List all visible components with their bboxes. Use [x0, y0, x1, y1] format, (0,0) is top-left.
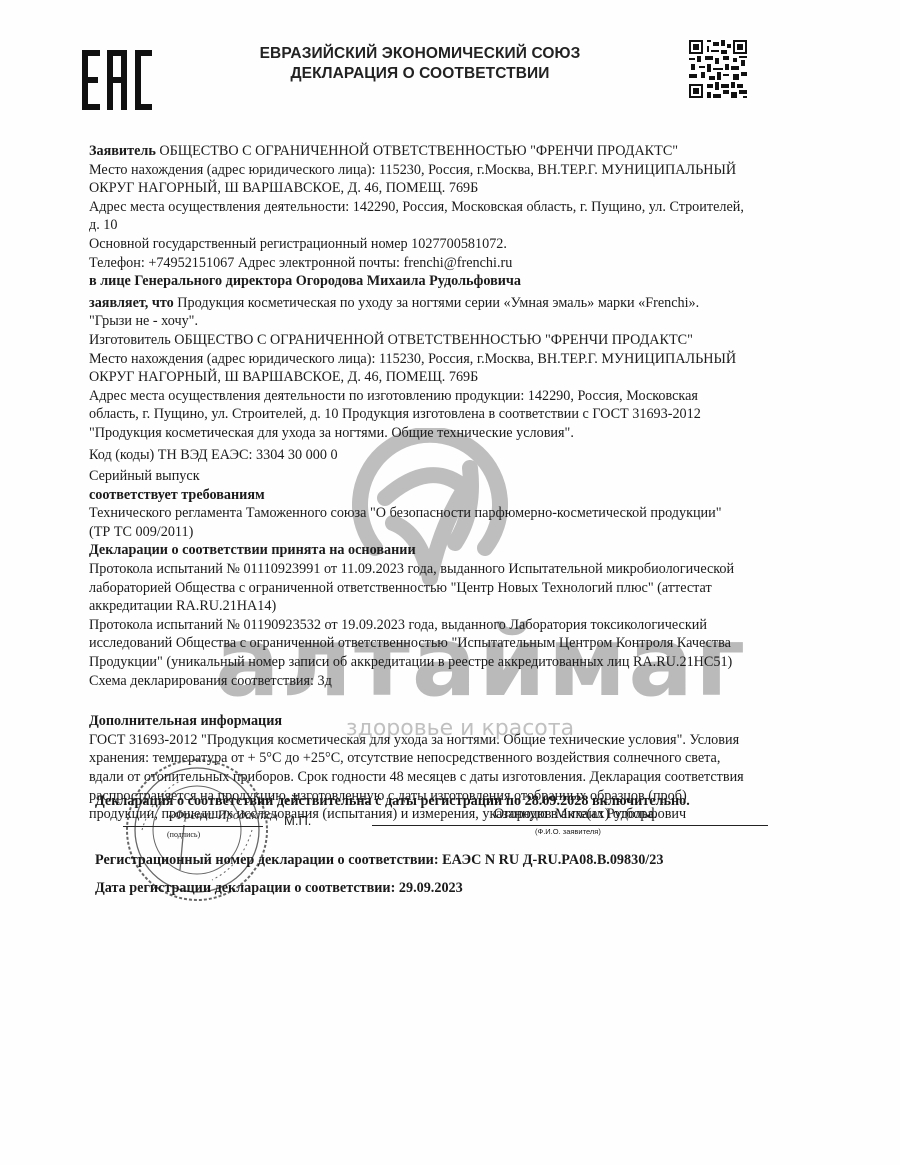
additional-info-1: ГОСТ 31693-2012 "Продукция косметическая…: [89, 731, 769, 750]
qr-code-icon: [689, 40, 747, 98]
registration-date: Дата регистрации декларации о соответств…: [95, 880, 463, 897]
tnved-code: Код (коды) ТН ВЭД ЕАЭС: 3304 30 000 0: [89, 446, 769, 465]
manufacturer: Изготовитель ОБЩЕСТВО С ОГРАНИЧЕННОЙ ОТВ…: [89, 331, 769, 350]
declaration-scheme: Схема декларирования соответствия: 3д: [89, 672, 769, 691]
additional-info-title: Дополнительная информация: [89, 712, 769, 731]
product-name: Продукция косметическая по уходу за ногт…: [174, 295, 699, 311]
production-address-2: область, г. Пущино, ул. Строителей, д. 1…: [89, 405, 769, 424]
applicant-label: Заявитель: [89, 143, 156, 159]
signer-caption: (Ф.И.О. заявителя): [535, 827, 601, 836]
title-declaration: ДЕКЛАРАЦИЯ О СООТВЕТСТВИИ: [200, 64, 640, 84]
production-standard: "Продукция косметическая для ухода за но…: [89, 424, 769, 443]
contacts: Телефон: +74952151067 Адрес электронной …: [89, 254, 769, 273]
product-line-1: заявляет, что Продукция косметическая по…: [89, 294, 769, 313]
signature-line: [123, 826, 263, 827]
declaration-body: Заявитель ОБЩЕСТВО С ОГРАНИЧЕННОЙ ОТВЕТС…: [89, 142, 769, 824]
production-address-1: Адрес места осуществления деятельности п…: [89, 387, 769, 406]
protocol-2-line-2: исследований Общества с ограниченной отв…: [89, 634, 769, 653]
represented-by: в лице Генерального директора Огородова …: [89, 272, 769, 291]
declares-label: заявляет, что: [89, 295, 174, 311]
manufacturer-address-1: Место нахождения (адрес юридического лиц…: [89, 350, 769, 369]
stamp-label: М.П.: [284, 813, 311, 828]
declaration-page: ЕВРАЗИЙСКИЙ ЭКОНОМИЧЕСКИЙ СОЮЗ ДЕКЛАРАЦИ…: [0, 0, 900, 1165]
release-type: Серийный выпуск: [89, 467, 769, 486]
signature-caption: (подпись): [167, 830, 200, 839]
product-line-2: "Грызи не - хочу".: [89, 312, 769, 331]
protocol-1-line-2: лабораторией Общества с ограниченной отв…: [89, 579, 769, 598]
seal-company-name: «Френчи Продактс»: [168, 808, 278, 823]
applicant-address-1: Место нахождения (адрес юридического лиц…: [89, 161, 769, 180]
applicant-line: Заявитель ОБЩЕСТВО С ОГРАНИЧЕННОЙ ОТВЕТС…: [89, 142, 769, 161]
activity-address-2: д. 10: [89, 216, 769, 235]
registration-number: Регистрационный номер декларации о соотв…: [95, 852, 663, 869]
title-union: ЕВРАЗИЙСКИЙ ЭКОНОМИЧЕСКИЙ СОЮЗ: [200, 44, 640, 64]
applicant-address-2: ОКРУГ НАГОРНЫЙ, Ш ВАРШАВСКОЕ, Д. 46, ПОМ…: [89, 179, 769, 198]
regulation-1: Технического регламента Таможенного союз…: [89, 504, 769, 523]
manufacturer-address-2: ОКРУГ НАГОРНЫЙ, Ш ВАРШАВСКОЕ, Д. 46, ПОМ…: [89, 368, 769, 387]
regulation-2: (ТР ТС 009/2011): [89, 523, 769, 542]
signer-name: Огородов Михаил Рудольфович: [470, 806, 710, 823]
protocol-1-line-1: Протокола испытаний № 01110923991 от 11.…: [89, 560, 769, 579]
protocol-2-line-3: Продукции" (уникальный номер записи об а…: [89, 653, 769, 672]
complies-label: соответствует требованиям: [89, 486, 769, 505]
signer-name-line: [372, 825, 768, 826]
protocol-2-line-1: Протокола испытаний № 01190923532 от 19.…: [89, 616, 769, 635]
protocol-1-line-3: аккредитации RA.RU.21НА14): [89, 597, 769, 616]
document-title: ЕВРАЗИЙСКИЙ ЭКОНОМИЧЕСКИЙ СОЮЗ ДЕКЛАРАЦИ…: [200, 44, 640, 84]
eac-logo-icon: [80, 48, 154, 112]
activity-address-1: Адрес места осуществления деятельности: …: [89, 198, 769, 217]
basis-title: Декларации о соответствии принята на осн…: [89, 541, 769, 560]
ogrn: Основной государственный регистрационный…: [89, 235, 769, 254]
applicant-name: ОБЩЕСТВО С ОГРАНИЧЕННОЙ ОТВЕТСТВЕННОСТЬЮ…: [156, 143, 678, 159]
